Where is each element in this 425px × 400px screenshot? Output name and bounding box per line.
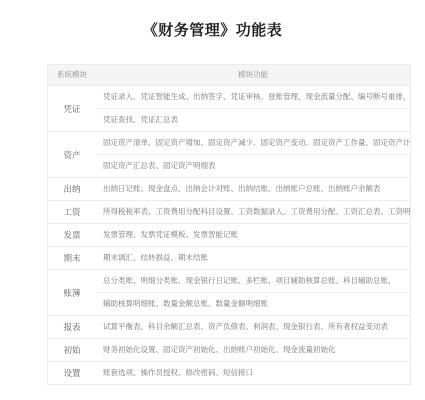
- module-name: 发票: [48, 224, 96, 246]
- table-row: 凭证凭证录入、凭证智能生成、出纳签字、凭证审核、登账管理、现金流量分配、编号断号…: [48, 86, 410, 132]
- module-functions: 总分类账、明细分类账、现金银行日记账、多栏账、项目辅助核算总账、科目辅助总账，辅…: [96, 270, 410, 315]
- module-functions: 固定资产清单、固定资产增加、固定资产减少、固定资产变动、固定资产工作量、固定资产…: [96, 132, 410, 177]
- table-row: 发票发票管理、发票凭证模板、发票智能记账: [48, 224, 410, 247]
- function-line: 辅助核算明细账、数量金额总账、数量金额明细账: [96, 292, 410, 315]
- module-functions: 出纳日记账、现金盘点、出纳会计对账、出纳结账、出纳账户总账、出纳账户余额表: [96, 178, 410, 200]
- column-header-module: 系统模块: [48, 65, 96, 85]
- module-functions: 期末调汇、结转损益、期末结账: [96, 247, 410, 269]
- page: 《财务管理》功能表 系统模块 模块功能 凭证凭证录入、凭证智能生成、出纳签字、凭…: [0, 0, 425, 400]
- function-line: 发票管理、发票凭证模板、发票智能记账: [96, 224, 410, 246]
- function-line: 总分类账、明细分类账、现金银行日记账、多栏账、项目辅助核算总账、科目辅助总账，: [96, 270, 410, 292]
- module-name: 设置: [48, 362, 96, 384]
- table-header-row: 系统模块 模块功能: [48, 65, 410, 86]
- table-row: 设置账套选项、操作员授权、修改密码、短信接口: [48, 362, 410, 384]
- table-row: 报表试算平衡表、科目余额汇总表、资产负债表、利润表、现金银行表、所有者权益变动表: [48, 316, 410, 339]
- module-functions: 所得税税率表、工资费用分配科目设置、工资数据录入、工资费用分配、工资汇总表、工资…: [96, 201, 410, 223]
- function-line: 账套选项、操作员授权、修改密码、短信接口: [96, 362, 410, 384]
- module-name: 资产: [48, 132, 96, 177]
- function-line: 固定资产汇总表、固定资产明细表: [96, 154, 410, 177]
- function-line: 期末调汇、结转损益、期末结账: [96, 247, 410, 269]
- module-functions: 凭证录入、凭证智能生成、出纳签字、凭证审核、登账管理、现金流量分配、编号断号重排…: [96, 86, 410, 131]
- module-name: 出纳: [48, 178, 96, 200]
- module-functions: 财务初始化设置、固定资产初始化、出纳账户初始化、现金流量初始化: [96, 339, 410, 361]
- module-name: 报表: [48, 316, 96, 338]
- table-body: 凭证凭证录入、凭证智能生成、出纳签字、凭证审核、登账管理、现金流量分配、编号断号…: [48, 86, 410, 384]
- table-row: 期末期末调汇、结转损益、期末结账: [48, 247, 410, 270]
- module-functions: 试算平衡表、科目余额汇总表、资产负债表、利润表、现金银行表、所有者权益变动表: [96, 316, 410, 338]
- module-functions: 发票管理、发票凭证模板、发票智能记账: [96, 224, 410, 246]
- module-functions: 账套选项、操作员授权、修改密码、短信接口: [96, 362, 410, 384]
- module-name: 工资: [48, 201, 96, 223]
- table-row: 账簿总分类账、明细分类账、现金银行日记账、多栏账、项目辅助核算总账、科目辅助总账…: [48, 270, 410, 316]
- function-line: 凭证录入、凭证智能生成、出纳签字、凭证审核、登账管理、现金流量分配、编号断号重排…: [96, 86, 410, 108]
- table-row: 资产固定资产清单、固定资产增加、固定资产减少、固定资产变动、固定资产工作量、固定…: [48, 132, 410, 178]
- module-name: 期末: [48, 247, 96, 269]
- module-name: 凭证: [48, 86, 96, 131]
- function-line: 固定资产清单、固定资产增加、固定资产减少、固定资产变动、固定资产工作量、固定资产…: [96, 132, 410, 154]
- function-line: 凭证查找、凭证汇总表: [96, 108, 410, 131]
- module-name: 初始: [48, 339, 96, 361]
- table-row: 初始财务初始化设置、固定资产初始化、出纳账户初始化、现金流量初始化: [48, 339, 410, 362]
- page-title: 《财务管理》功能表: [0, 0, 425, 40]
- module-name: 账簿: [48, 270, 96, 315]
- function-table: 系统模块 模块功能 凭证凭证录入、凭证智能生成、出纳签字、凭证审核、登账管理、现…: [47, 64, 411, 385]
- column-header-functions: 模块功能: [96, 65, 410, 85]
- function-line: 出纳日记账、现金盘点、出纳会计对账、出纳结账、出纳账户总账、出纳账户余额表: [96, 178, 410, 200]
- function-line: 财务初始化设置、固定资产初始化、出纳账户初始化、现金流量初始化: [96, 339, 410, 361]
- table-row: 工资所得税税率表、工资费用分配科目设置、工资数据录入、工资费用分配、工资汇总表、…: [48, 201, 410, 224]
- table-row: 出纳出纳日记账、现金盘点、出纳会计对账、出纳结账、出纳账户总账、出纳账户余额表: [48, 178, 410, 201]
- function-line: 试算平衡表、科目余额汇总表、资产负债表、利润表、现金银行表、所有者权益变动表: [96, 316, 410, 338]
- function-line: 所得税税率表、工资费用分配科目设置、工资数据录入、工资费用分配、工资汇总表、工资…: [96, 201, 410, 223]
